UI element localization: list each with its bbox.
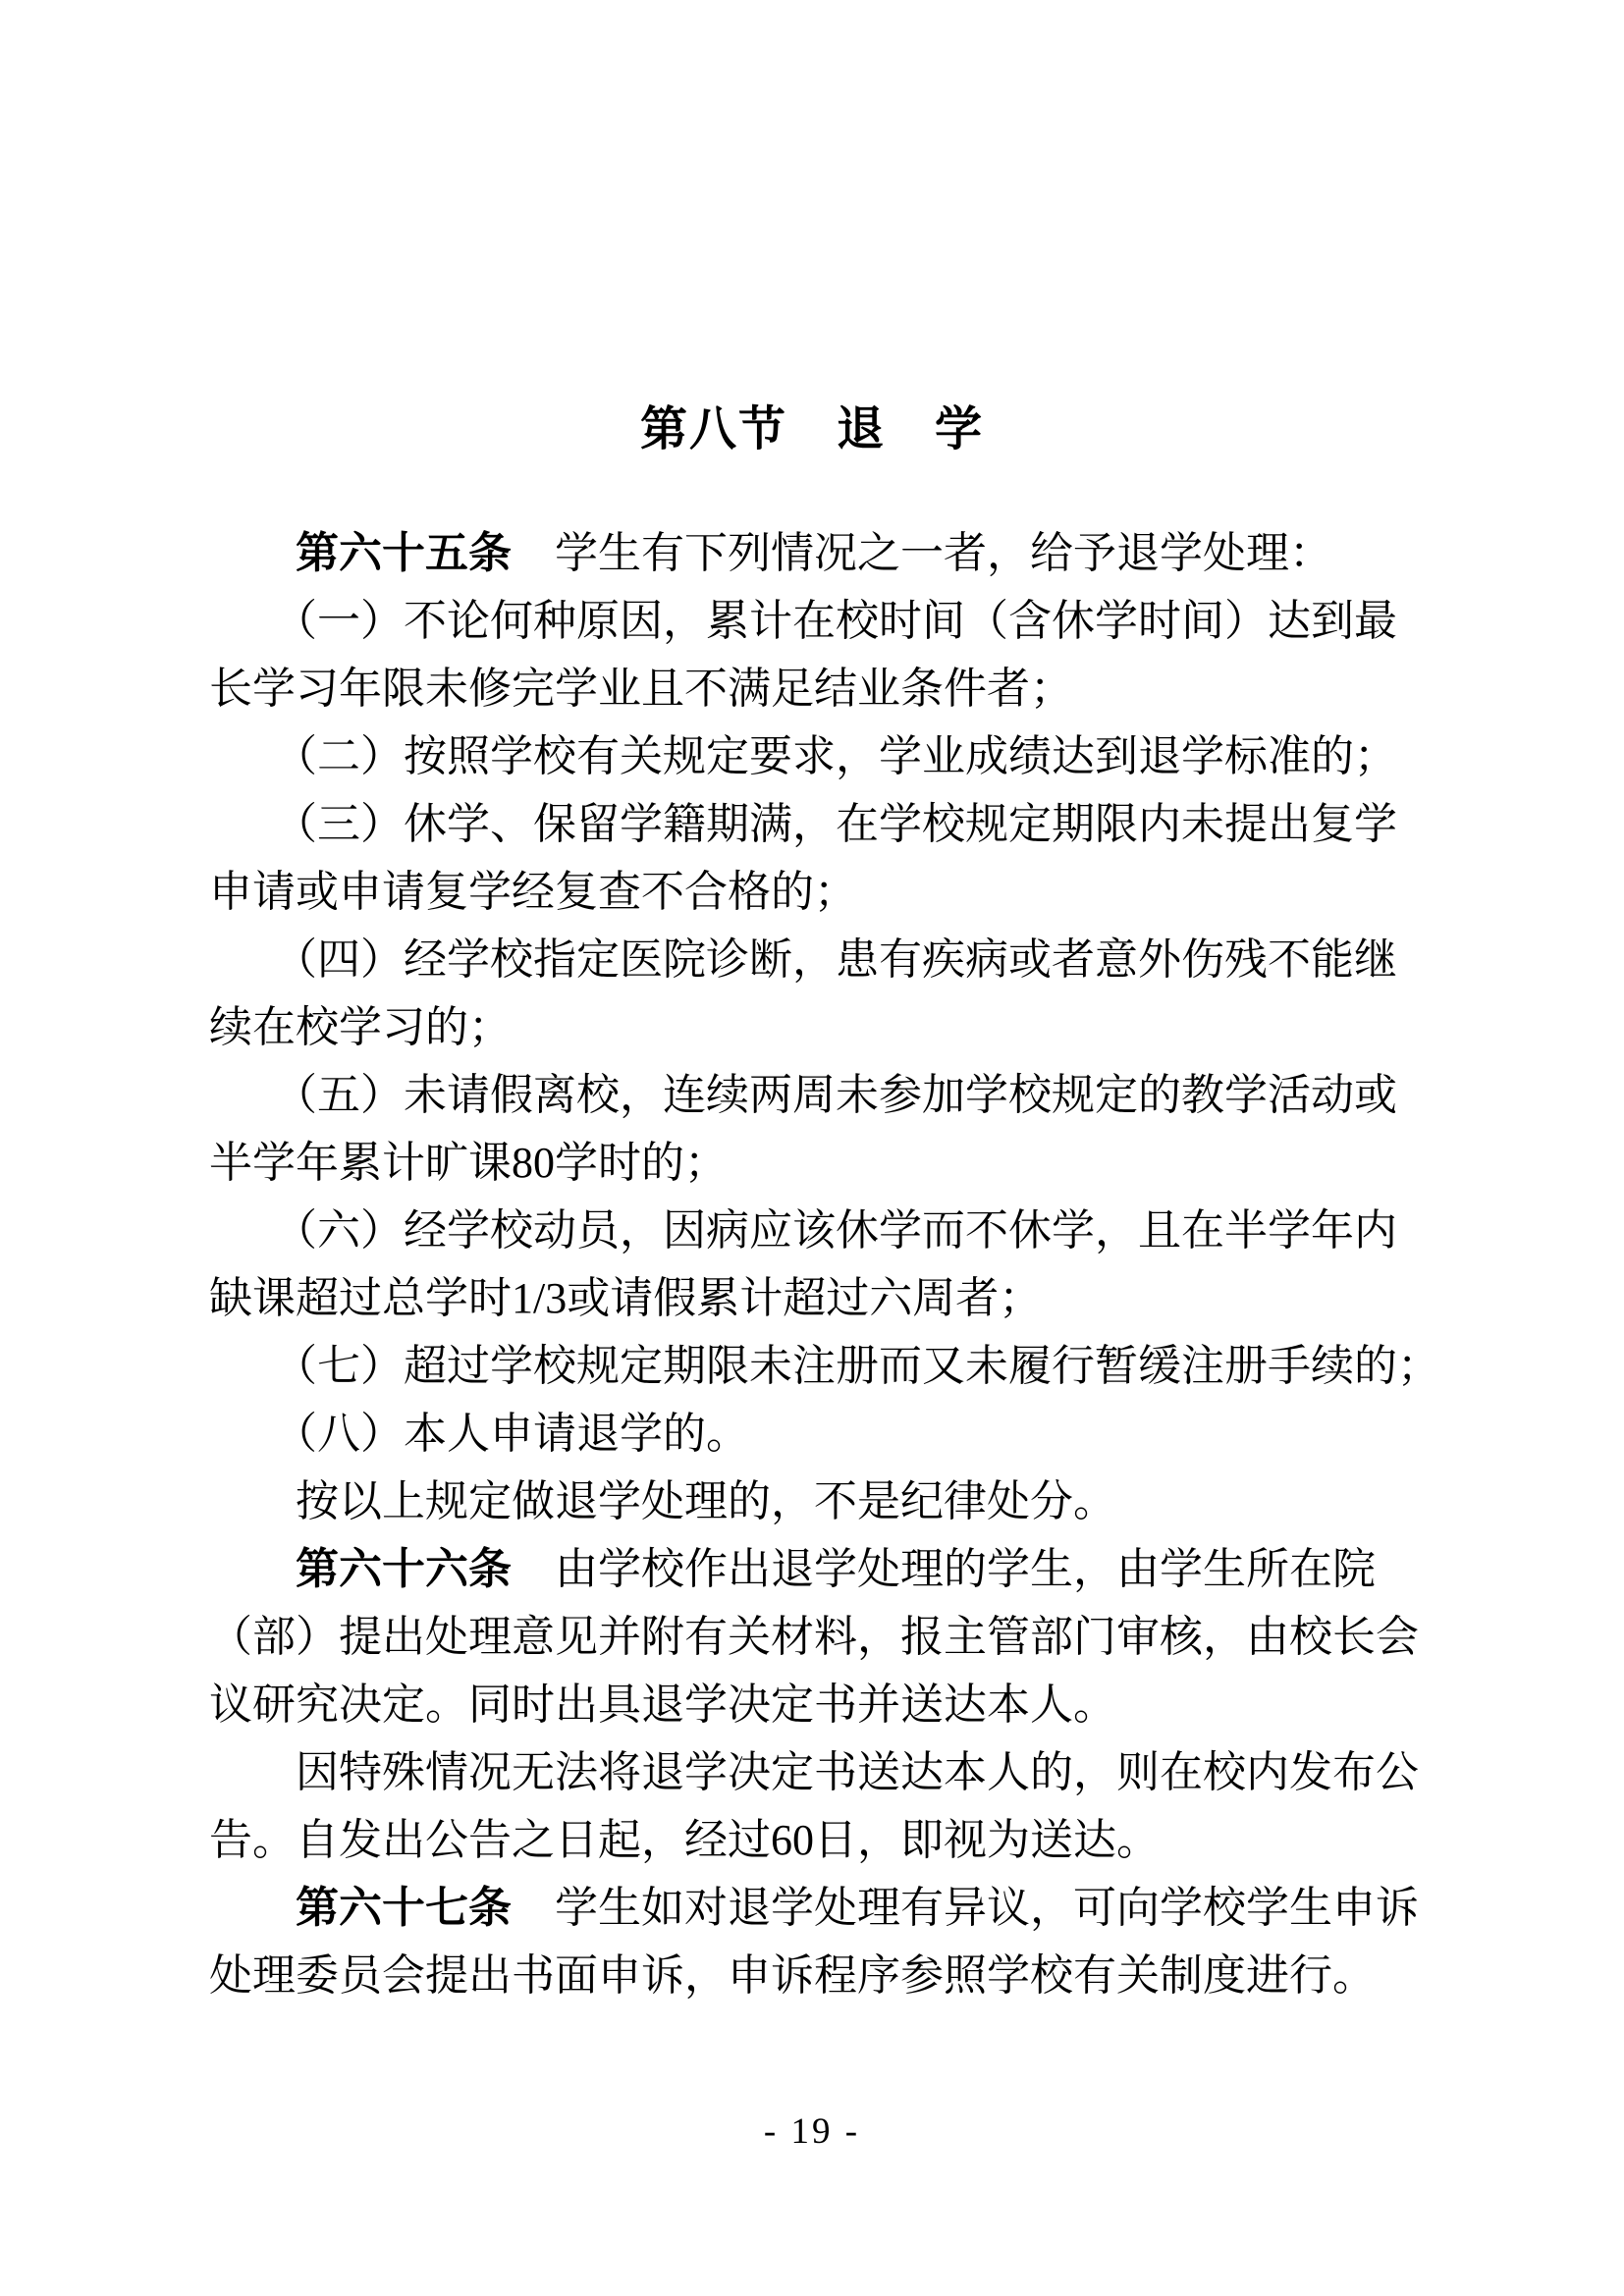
- article-66-label: 第六十六条: [209, 1545, 512, 1593]
- text-line: （八）本人申请退学的。: [209, 1400, 1427, 1468]
- text-line: 申请或申请复学经复查不合格的；: [209, 858, 1427, 926]
- line-text: 缺课超过总学时1/3或请假累计超过六周者；: [209, 1274, 1042, 1322]
- line-text: （四）经学校指定医院诊断，患有疾病或者意外伤残不能继: [209, 935, 1397, 984]
- text-line: 第六十七条 学生如对退学处理有异议，可向学校学生申诉: [209, 1874, 1427, 1942]
- text-line: 处理委员会提出书面申诉，申诉程序参照学校有关制度进行。: [209, 1942, 1427, 2009]
- text-line: 按以上规定做退学处理的，不是纪律处分。: [209, 1468, 1427, 1535]
- line-text: 告。自发出公告之日起，经过60日，即视为送达。: [209, 1816, 1160, 1864]
- text-line: 第六十六条 由学校作出退学处理的学生，由学生所在院: [209, 1535, 1427, 1603]
- document-body: 第六十五条 学生有下列情况之一者，给予退学处理： （一）不论何种原因，累计在校时…: [209, 519, 1427, 2009]
- line-text: 学生有下列情况之一者，给予退学处理：: [512, 529, 1332, 577]
- line-text: 按以上规定做退学处理的，不是纪律处分。: [209, 1477, 1116, 1525]
- line-text: 半学年累计旷课80学时的；: [209, 1139, 728, 1187]
- text-line: （五）未请假离校，连续两周未参加学校规定的教学活动或: [209, 1061, 1427, 1129]
- line-text: （八）本人申请退学的。: [209, 1410, 749, 1458]
- text-line: （四）经学校指定医院诊断，患有疾病或者意外伤残不能继: [209, 926, 1427, 993]
- line-text: 处理委员会提出书面申诉，申诉程序参照学校有关制度进行。: [209, 1951, 1376, 2000]
- article-67-label: 第六十七条: [209, 1884, 512, 1932]
- text-line: 第六十五条 学生有下列情况之一者，给予退学处理：: [209, 519, 1427, 587]
- text-line: （部）提出处理意见并附有关材料，报主管部门审核，由校长会: [209, 1603, 1427, 1671]
- line-text: 申请或申请复学经复查不合格的；: [209, 868, 857, 916]
- line-text: 续在校学习的；: [209, 1003, 512, 1051]
- text-line: （一）不论何种原因，累计在校时间（含休学时间）达到最: [209, 587, 1427, 655]
- text-line: 因特殊情况无法将退学决定书送达本人的，则在校内发布公: [209, 1738, 1427, 1806]
- line-text: （五）未请假离校，连续两周未参加学校规定的教学活动或: [209, 1071, 1397, 1119]
- section-title: 第八节 退 学: [0, 391, 1624, 458]
- text-line: 长学习年限未修完学业且不满足结业条件者；: [209, 655, 1427, 722]
- line-text: （一）不论何种原因，累计在校时间（含休学时间）达到最: [209, 597, 1397, 645]
- line-text: 由学校作出退学处理的学生，由学生所在院: [512, 1545, 1376, 1593]
- text-line: （六）经学校动员，因病应该休学而不休学，且在半学年内: [209, 1197, 1427, 1264]
- text-line: 告。自发出公告之日起，经过60日，即视为送达。: [209, 1806, 1427, 1874]
- line-text: （七）超过学校规定期限未注册而又未履行暂缓注册手续的；: [209, 1342, 1440, 1390]
- line-text: 长学习年限未修完学业且不满足结业条件者；: [209, 665, 1073, 713]
- text-line: （二）按照学校有关规定要求，学业成绩达到退学标准的；: [209, 722, 1427, 790]
- line-text: （三）休学、保留学籍期满，在学校规定期限内未提出复学: [209, 800, 1397, 848]
- text-line: 续在校学习的；: [209, 993, 1427, 1061]
- line-text: （部）提出处理意见并附有关材料，报主管部门审核，由校长会: [209, 1613, 1419, 1661]
- line-text: 议研究决定。同时出具退学决定书并送达本人。: [209, 1681, 1116, 1729]
- line-text: （六）经学校动员，因病应该休学而不休学，且在半学年内: [209, 1206, 1397, 1255]
- article-65-label: 第六十五条: [209, 529, 512, 577]
- text-line: （三）休学、保留学籍期满，在学校规定期限内未提出复学: [209, 790, 1427, 858]
- line-text: （二）按照学校有关规定要求，学业成绩达到退学标准的；: [209, 732, 1397, 780]
- text-line: 缺课超过总学时1/3或请假累计超过六周者；: [209, 1264, 1427, 1332]
- text-line: （七）超过学校规定期限未注册而又未履行暂缓注册手续的；: [209, 1332, 1427, 1400]
- text-line: 议研究决定。同时出具退学决定书并送达本人。: [209, 1671, 1427, 1738]
- line-text: 因特殊情况无法将退学决定书送达本人的，则在校内发布公: [209, 1748, 1419, 1796]
- document-page: 第八节 退 学 第六十五条 学生有下列情况之一者，给予退学处理： （一）不论何种…: [0, 0, 1624, 2296]
- page-number: - 19 -: [0, 2110, 1624, 2153]
- line-text: 学生如对退学处理有异议，可向学校学生申诉: [512, 1884, 1419, 1932]
- text-line: 半学年累计旷课80学时的；: [209, 1129, 1427, 1197]
